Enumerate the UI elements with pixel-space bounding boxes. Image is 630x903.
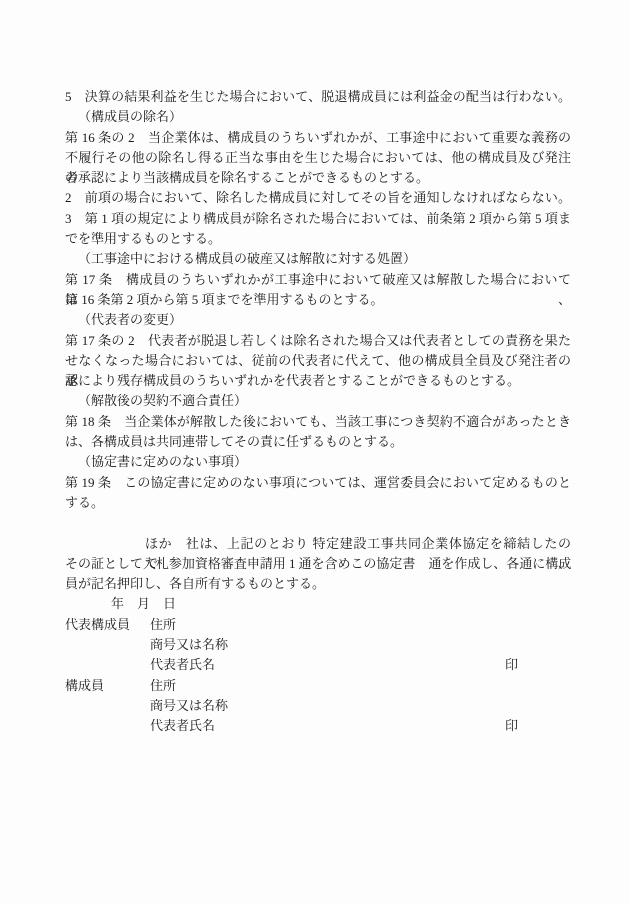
signature-field-label: 代表者氏名 (150, 655, 215, 675)
document-line: 第 17 条の 2 代表者が脱退し若しくは除名された場合又は代表者としての責務を… (65, 331, 571, 351)
closing-statement-line: 員が記名押印し、各自所有するものとする。 (65, 574, 571, 594)
closing-statement-line: ほか 社は、上記のとおり 特定建設工事共同企業体協定を締結したので、 (65, 534, 571, 554)
date-line: 年 月 日 (65, 594, 571, 614)
document-line: 5 決算の結果利益を生じた場合において、脱退構成員には利益金の配当は行わない。 (65, 87, 571, 107)
document-body: 5 決算の結果利益を生じた場合において、脱退構成員には利益金の配当は行わない。 … (65, 87, 571, 737)
document-line: 不履行その他の除名し得る正当な事由を生じた場合においては、他の構成員及び発注者 (65, 148, 571, 168)
signature-role-label: 構成員 (65, 676, 104, 696)
document-line: 第 19 条 この協定書に定めのない事項については、運営委員会において定めるもの… (65, 473, 571, 493)
document-line: の承認により当該構成員を除名することができるものとする。 (65, 168, 571, 188)
signature-field-label: 代表者氏名 (150, 716, 215, 736)
document-line: は、各構成員は共同連帯してその責に任ずるものとする。 (65, 432, 571, 452)
document-page: 5 決算の結果利益を生じた場合において、脱退構成員には利益金の配当は行わない。 … (0, 0, 630, 903)
document-line: 第 18 条 当企業体が解散した後においても、当該工事につき契約不適合があったと… (65, 412, 571, 432)
signature-block: 代表構成員 住所 商号又は名称 代表者氏名 印 構成員 住所 商号又 (65, 615, 571, 737)
signature-row: 代表構成員 住所 (65, 615, 571, 635)
signature-row: 構成員 住所 (65, 676, 571, 696)
document-line: する。 (65, 493, 571, 513)
document-line: せなくなった場合においては、従前の代表者に代えて、他の構成員全員及び発注者の承 (65, 351, 571, 371)
document-line: 第 16 条の 2 当企業体は、構成員のうちいずれかが、工事途中において重要な義… (65, 128, 571, 148)
clause-heading-line: （構成員の除名） (65, 107, 571, 127)
seal-mark: 印 (505, 716, 518, 736)
document-line: でを準用するものとする。 (65, 229, 571, 249)
blank-line (65, 513, 571, 533)
document-line: 3 第 1 項の規定により構成員が除名された場合においては、前条第 2 項から第… (65, 209, 571, 229)
closing-statement-line: その証として入札参加資格審査申請用 1 通を含めこの協定書 通を作成し、各通に構… (65, 554, 571, 574)
signature-row: 商号又は名称 (65, 696, 571, 716)
document-line: 認により残存構成員のうちいずれかを代表者とすることができるものとする。 (65, 371, 571, 391)
signature-role-label: 代表構成員 (65, 615, 130, 635)
signature-field-label: 商号又は名称 (150, 635, 228, 655)
document-line: 2 前項の場合において、除名した構成員に対してその旨を通知しなければならない。 (65, 188, 571, 208)
signature-field-label: 住所 (150, 676, 176, 696)
clause-heading-line: （協定書に定めのない事項） (65, 452, 571, 472)
signature-row: 代表者氏名 印 (65, 716, 571, 736)
signature-row: 商号又は名称 (65, 635, 571, 655)
seal-mark: 印 (505, 655, 518, 675)
clause-heading-line: （代表者の変更） (65, 310, 571, 330)
signature-row: 代表者氏名 印 (65, 655, 571, 675)
clause-heading-line: （解散後の契約不適合責任） (65, 391, 571, 411)
signature-field-label: 住所 (150, 615, 176, 635)
document-line: 第 17 条 構成員のうちいずれかが工事途中において破産又は解散した場合において… (65, 270, 571, 290)
clause-heading-line: （工事途中における構成員の破産又は解散に対する処置） (65, 249, 571, 269)
signature-field-label: 商号又は名称 (150, 696, 228, 716)
